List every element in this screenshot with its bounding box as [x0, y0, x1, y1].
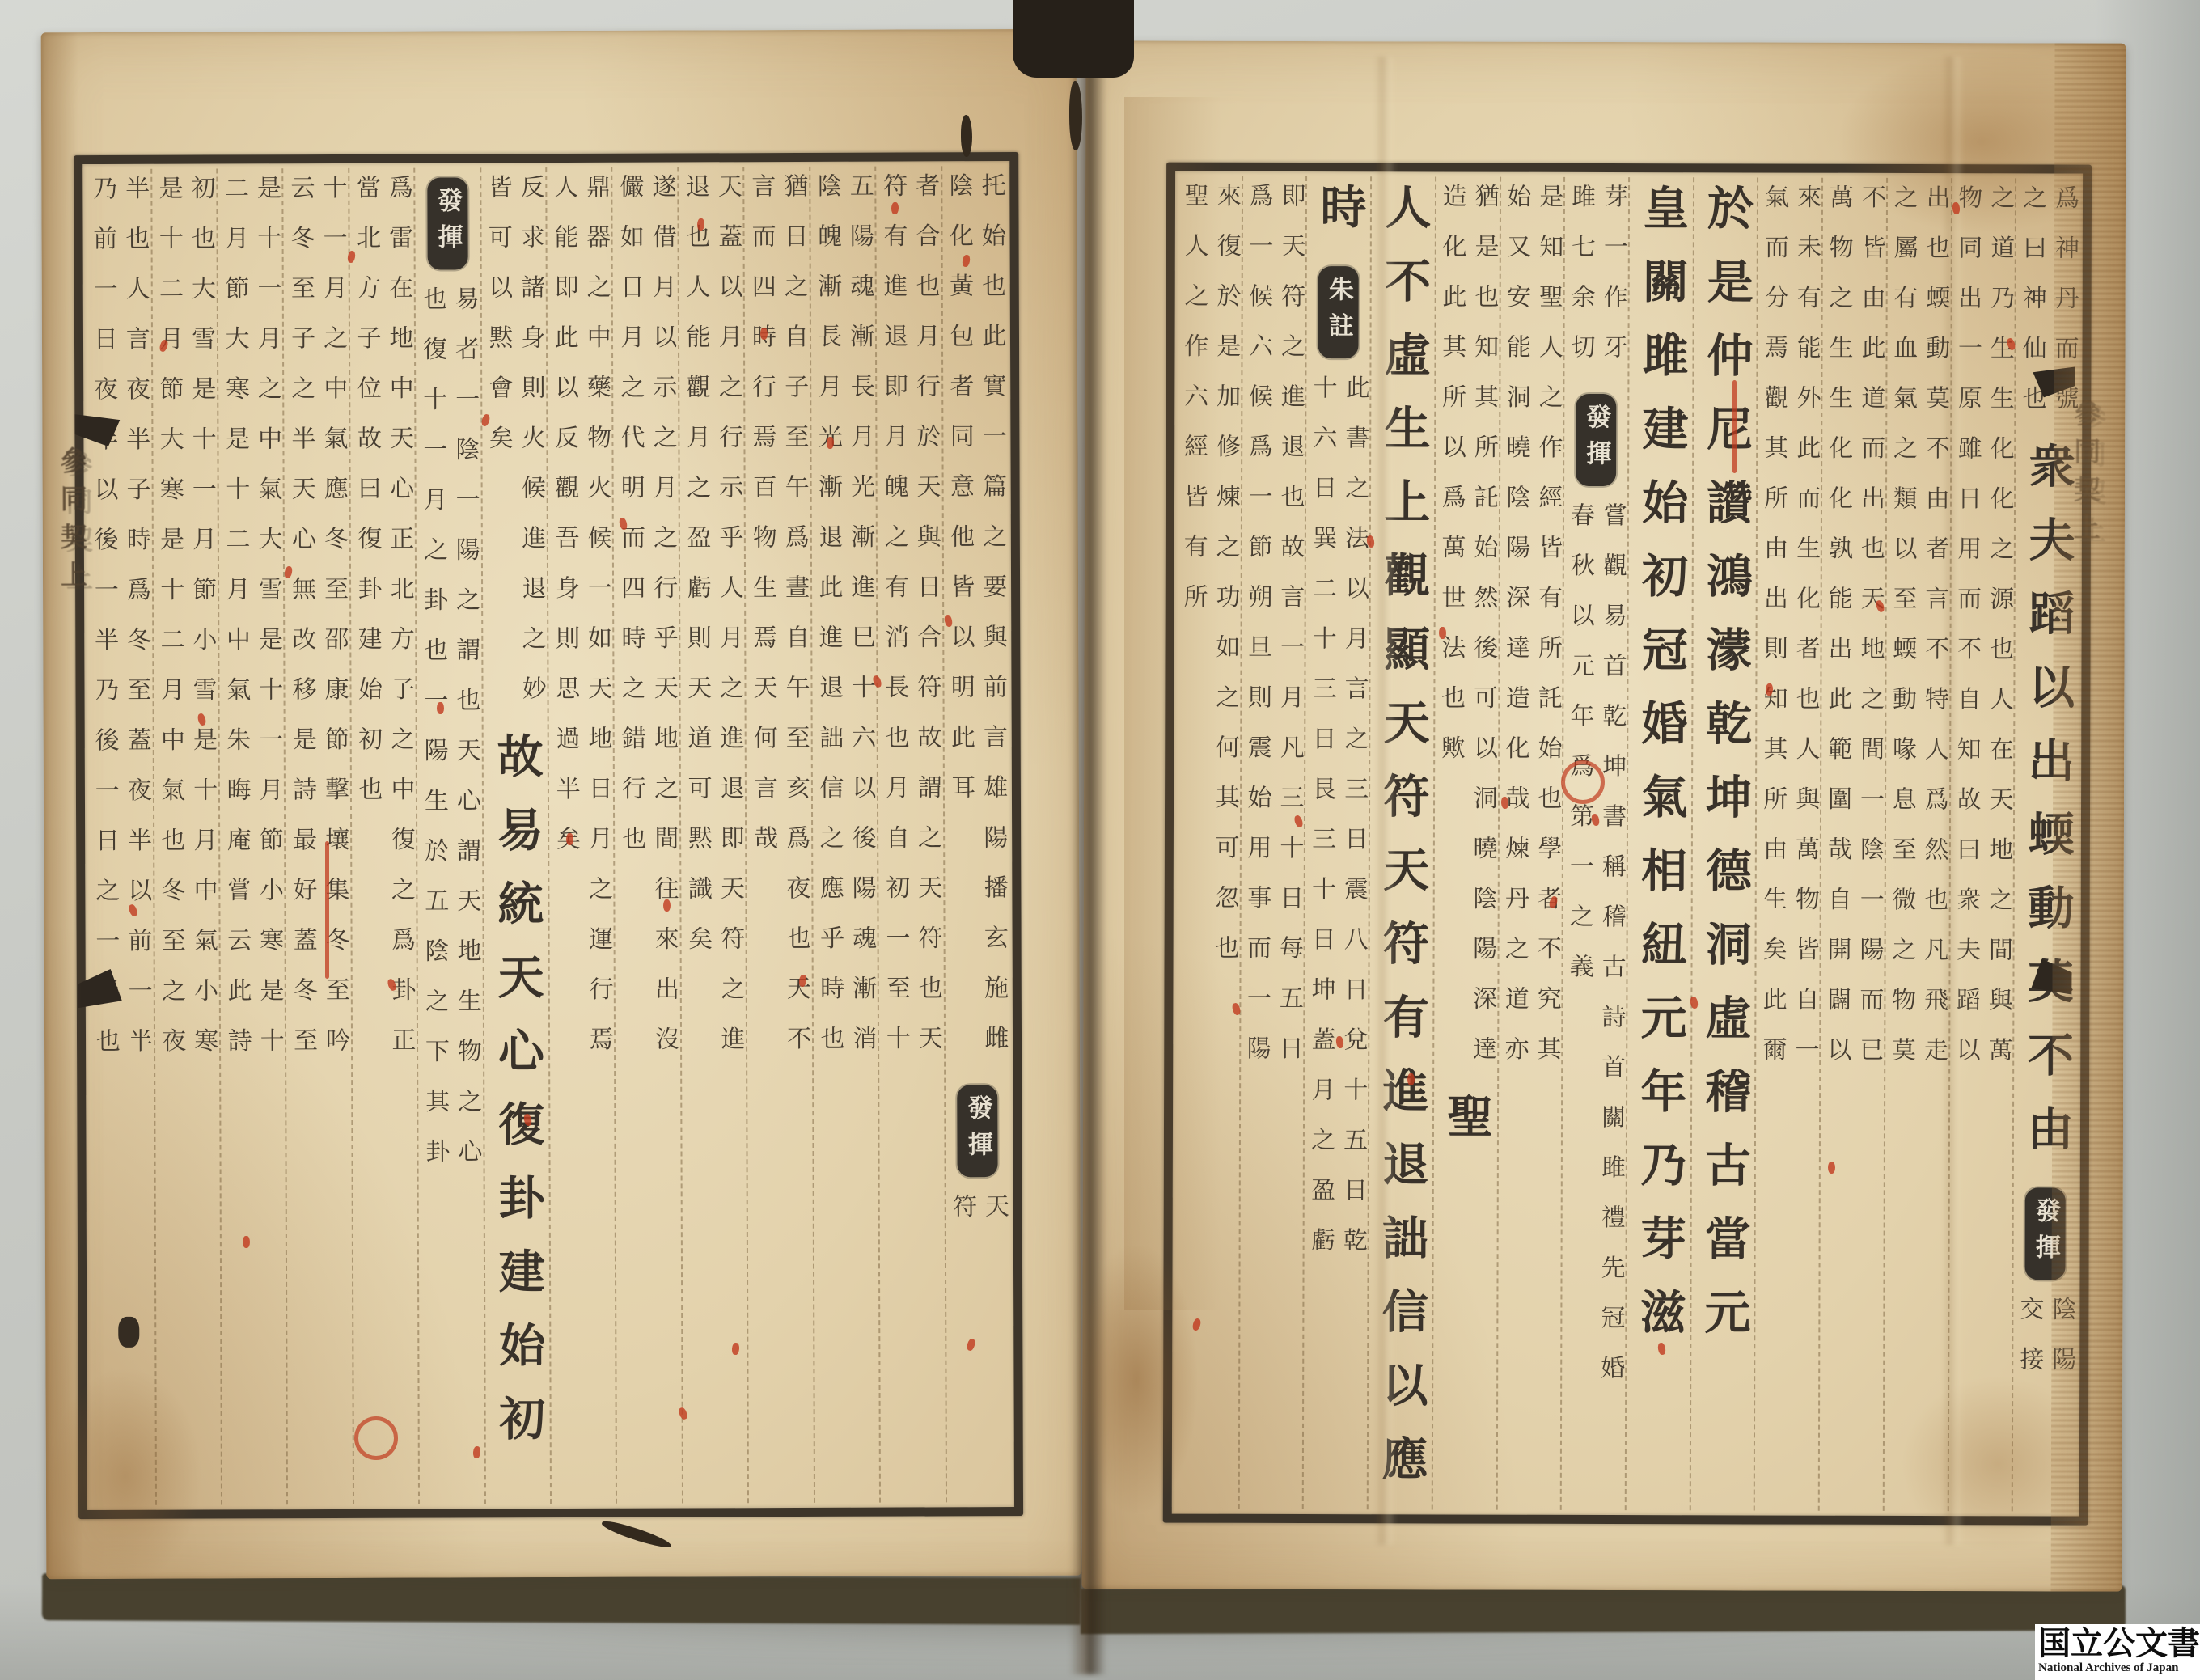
- book-edge-right: [1081, 1585, 2126, 1635]
- commentary-double-column: 來未有能外此而生化者也人與萬物皆自一氣而分焉觀其所由出則知其所由生矣此爾: [1757, 184, 1822, 1086]
- text-column: 者合也月行於天與日合符故謂之天符也天符有進退即月魄之有消長也月自初一至十: [874, 166, 945, 1502]
- commentary-double-column: 猶日之自子至午爲晝自午至亥爲夜也天不言而四時行焉百物生焉天何言哉: [745, 173, 812, 1076]
- commentary-text: 氣而分焉觀其所由出則知其所由生矣此爾: [1756, 184, 1789, 1086]
- commentary-text: 易者一陰一陽之謂也天心謂天地生物之心: [449, 286, 483, 1188]
- commentary-text: 者合也月行於天與日合符故謂之天符也天: [909, 172, 943, 1075]
- commentary-text: 交接: [2013, 1296, 2044, 1396]
- text-column: 五陽魂漸長月光漸進巳十六以後陽魂漸消陰魄漸長月光漸退此進退詘信之應乎時也: [809, 167, 879, 1503]
- red-emphasis-ring: [354, 1416, 398, 1460]
- commentary-text: 十一月之中氣應冬至邵康節擊壤集冬至吟: [316, 175, 350, 1077]
- text-column: 初也大雪是十一月節小雪是十月中氣小寒是十二月節大寒是十二月中氣也冬至之夜: [150, 168, 221, 1504]
- commentary-double-column: 爲神丹而號之曰神仙也: [2016, 184, 2080, 435]
- commentary-text: 爲一候六候爲一節朔旦則震始用事而一陽: [1241, 183, 1274, 1085]
- red-punctuation-dot: [243, 1236, 250, 1248]
- commentary-text: 天蓋以月之行示乎人月之進退即天符之進: [712, 173, 746, 1076]
- book-edge-left: [42, 1573, 1081, 1625]
- left-page-columns: 托始也此實一篇之要與前言雄陽播玄施雌陰化黃包者同意他皆以明此耳發揮天符者合也月行…: [86, 166, 1011, 1505]
- commentary-double-column: 是知聖人之作經皆有所託始也學者不究其始又安能洞曉陰陽深達造化哉煉丹之道亦: [1499, 184, 1564, 1086]
- paper-wrinkle: [1943, 57, 1964, 1545]
- archives-watermark-en: National Archives of Japan: [2038, 1661, 2179, 1674]
- section-label-text: 發揮: [431, 187, 463, 260]
- commentary-double-column: 即天符之進退也故言一月凡三十日每五日爲一候六候爲一節朔旦則震始用事而一陽: [1241, 183, 1306, 1085]
- commentary-double-column: 天符: [946, 1193, 1010, 1243]
- text-column: 發揮易者一陰一陽之謂也天心謂天地生物之心也復十一月之卦也一陽生於五陰之下其卦: [413, 167, 484, 1504]
- text-column: 芽一作牙雎七余切發揮嘗觀易首乾坤書稱稽古詩首關雎禮先冠婚春秋以元年爲第一之義: [1560, 177, 1628, 1510]
- text-column: 遂借月以示之月之行乎天地之間往來出沒儼如日月之代明而四時之錯行也: [611, 167, 682, 1503]
- text-column: 托始也此實一篇之要與前言雄陽播玄施雌陰化黃包者同意他皆以明此耳發揮天符: [941, 166, 1011, 1502]
- text-column: 鼎器之中藥物火候一如天地日月之運行焉人能即此以反觀吾身則思過半矣: [545, 167, 616, 1504]
- commentary-double-column: 易者一陰一陽之謂也天心謂天地生物之心也復十一月之卦也一陽生於五陰之下其卦: [416, 286, 483, 1188]
- red-punctuation-dot: [1500, 797, 1508, 810]
- main-text: 衆夫蹈以出蝡動莫不由: [2014, 442, 2079, 1178]
- commentary-text: 云冬至子之半天心無改移是詩最好蓋冬至: [284, 175, 318, 1077]
- main-text: 聖: [1434, 1092, 1497, 1166]
- commentary-text: 符有進退即月魄之有消長也月自初一至十: [877, 173, 911, 1076]
- main-text: 故易統天心復卦建始初: [484, 732, 549, 1468]
- text-column: 是知聖人之作經皆有所託始也學者不究其始又安能洞曉陰陽深達造化哉煉丹之道亦: [1496, 177, 1563, 1510]
- commentary-double-column: 爲雷在地中天心正北方子之中復之爲卦正當北方子位故曰復卦建始初也: [349, 175, 417, 1077]
- text-column: 爲雷在地中天心正北方子之中復之爲卦正當北方子位故曰復卦建始初也: [348, 168, 418, 1504]
- commentary-text: 五陽魂漸長月光漸進巳十六以後陽魂漸消: [844, 173, 878, 1076]
- text-column: 不皆由此道而出也天地之間一陰一陽而已萬物之生生化化孰能出此範圍哉自開闢以: [1818, 178, 1886, 1511]
- commentary-text: 當北方子位故曰復卦建始初也: [350, 175, 384, 1077]
- page-gutter: [1069, 49, 1106, 1674]
- commentary-text: 即天符之進退也故言一月凡三十日每五日: [1273, 183, 1306, 1085]
- section-label-text: 發揮: [1580, 404, 1612, 476]
- section-label-text: 發揮: [962, 1094, 994, 1167]
- commentary-text: 托始也此實一篇之要與前言雄陽播玄施雌: [975, 172, 1009, 1075]
- commentary-text: 之曰神仙也: [2016, 184, 2047, 435]
- archives-watermark: 国立公文書館 National Archives of Japan: [2035, 1624, 2200, 1680]
- commentary-double-column: 托始也此實一篇之要與前言雄陽播玄施雌陰化黃包者同意他皆以明此耳: [942, 172, 1009, 1075]
- commentary-text: 來復於是加修煉之功如之何其可忽也: [1208, 183, 1241, 985]
- main-text: 時: [1307, 183, 1370, 256]
- commentary-text: 之道乃生生化化之源也人在天地之間與萬: [1982, 184, 2016, 1087]
- commentary-text: 皆可以黙會矣: [482, 174, 514, 726]
- red-punctuation-dot: [566, 833, 573, 845]
- red-punctuation-dot: [437, 702, 444, 714]
- commentary-text: 猶日之自子至午爲晝自午至亥爲夜也天不: [777, 173, 811, 1076]
- worm-hole: [961, 115, 972, 157]
- commentary-double-column: 芽一作牙雎七余切: [1565, 184, 1628, 384]
- commentary-text: 半也人言夜半子時爲冬至蓋夜半以前一半: [119, 176, 153, 1078]
- section-label-text: 發揮: [2029, 1197, 2062, 1270]
- commentary-text: 嘗觀易首乾坤書稱稽古詩首關雎禮先冠婚: [1594, 502, 1627, 1405]
- red-emphasis-line: [1732, 380, 1737, 473]
- commentary-double-column: 半也人言夜半子時爲冬至蓋夜半以前一半乃前一日夜半以後一半乃後一日之一半也: [86, 176, 153, 1078]
- text-column: 出也蝡動莫不由者言不特人爲然也凡飛走之屬有血氣之類以至蝡動喙息至微之物莫: [1883, 178, 1951, 1511]
- red-punctuation-dot: [663, 899, 671, 912]
- book-photo-stage: 托始也此實一篇之要與前言雄陽播玄施雌陰化黃包者同意他皆以明此耳發揮天符者合也月行…: [0, 0, 2200, 1680]
- red-punctuation-dot: [760, 328, 768, 340]
- commentary-double-column: 鼎器之中藥物火候一如天地日月之運行焉人能即此以反觀吾身則思過半矣: [547, 174, 614, 1077]
- red-punctuation-dot: [1439, 627, 1446, 639]
- left-page-text-frame: 托始也此實一篇之要與前言雄陽播玄施雌陰化黃包者同意他皆以明此耳發揮天符者合也月行…: [74, 152, 1023, 1519]
- left-page: 托始也此實一篇之要與前言雄陽播玄施雌陰化黃包者同意他皆以明此耳發揮天符者合也月行…: [41, 29, 1082, 1579]
- spine-title: 參同契上: [52, 446, 91, 599]
- archives-watermark-jp: 国立公文書館: [2038, 1626, 2200, 1661]
- commentary-text: 反求諸身則火候進退之妙: [514, 174, 547, 726]
- commentary-text: 爲雷在地中天心正北方子之中復之爲卦正: [383, 175, 417, 1077]
- commentary-text: 陰陽: [2046, 1296, 2076, 1396]
- commentary-text: 芽一作牙: [1597, 184, 1629, 384]
- text-column: 天蓋以月之行示乎人月之進退即天符之進退也人能觀月之盈虧則天道可黙識矣: [677, 167, 747, 1503]
- commentary-text: 是知聖人之作經皆有所託始也學者不究其: [1531, 184, 1564, 1086]
- text-column: 即天符之進退也故言一月凡三十日每五日爲一候六候爲一節朔旦則震始用事而一陽: [1237, 176, 1305, 1509]
- text-column: 反求諸身則火候進退之妙皆可以黙會矣故易統天心復卦建始初: [480, 167, 550, 1504]
- text-column: 來復於是加修煉之功如之何其可忽也聖人之作六經皆有所: [1175, 176, 1242, 1509]
- commentary-double-column: 五陽魂漸長月光漸進巳十六以後陽魂漸消陰魄漸長月光漸退此進退詘信之應乎時也: [810, 173, 878, 1076]
- text-column: 猶是也知其所託始然後可以洞曉陰陽深達造化此其所以爲萬世法也歟聖: [1432, 176, 1500, 1509]
- red-punctuation-dot: [1828, 1162, 1835, 1174]
- red-emphasis-ring: [1561, 760, 1605, 804]
- commentary-text: 天: [979, 1193, 1009, 1243]
- commentary-text: 春秋以元年爲第一之義: [1562, 502, 1595, 1405]
- commentary-double-column: 反求諸身則火候進退之妙皆可以黙會矣: [481, 174, 548, 726]
- text-column: 十一月之中氣應冬至邵康節擊壤集冬至吟云冬至子之半天心無改移是詩最好蓋冬至: [282, 168, 353, 1504]
- commentary-text: 也復十一月之卦也一陽生於五陰之下其卦: [417, 286, 451, 1188]
- section-label-cartouche: 發揮: [427, 177, 467, 269]
- text-column: 來未有能外此而生化者也人與萬物皆自一氣而分焉觀其所由出則知其所由生矣此爾: [1754, 177, 1821, 1510]
- right-page: 爲神丹而號之曰神仙也衆夫蹈以出蝡動莫不由發揮陰陽交接之道乃生生化化之源也人在天地…: [1081, 40, 2126, 1591]
- commentary-text: 言而四時行焉百物生焉天何言哉: [745, 173, 779, 1076]
- commentary-text: 猶是也知其所託始然後可以洞曉陰陽深達: [1466, 184, 1500, 1086]
- section-label-text: 朱註: [1322, 276, 1355, 349]
- commentary-text: 是十二月節大寒是十二月中氣也冬至之夜: [153, 176, 187, 1078]
- commentary-text: 二月節大寒是十二月中氣朱晦庵嘗云此詩: [218, 175, 252, 1077]
- commentary-text: 之屬有血氣之類以至蝡動喙息至微之物莫: [1885, 184, 1919, 1087]
- commentary-text: 來未有能外此而生化者也人與萬物皆自一: [1788, 184, 1821, 1087]
- commentary-double-column: 十一月之中氣應冬至邵康節擊壤集冬至吟云冬至子之半天心無改移是詩最好蓋冬至: [284, 175, 351, 1077]
- commentary-double-column: 出也蝡動莫不由者言不特人爲然也凡飛走之屬有血氣之類以至蝡動喙息至微之物莫: [1885, 184, 1951, 1087]
- spine-title: 參同契上: [2066, 399, 2104, 551]
- commentary-text: 十六日巽二十三日艮三十日坤蓋月之盈虧: [1305, 375, 1338, 1277]
- commentary-text: 陰魄漸長月光漸退此進退詘信之應乎時也: [811, 173, 845, 1076]
- commentary-text: 儼如日月之代明而四時之錯行也: [613, 174, 647, 1077]
- commentary-text: 萬物之生生化化孰能出此範圍哉自開闢以: [1821, 184, 1854, 1087]
- commentary-text: 不皆由此道而出也天地之間一陰一陽而已: [1853, 184, 1886, 1087]
- red-punctuation-dot: [1407, 1073, 1415, 1085]
- main-text: 於是仲尼讚鴻濛乾坤德洞虛稽古當元: [1691, 184, 1758, 1361]
- commentary-double-column: 是十一月之中氣大雪是十一月節小寒是十二月節大寒是十二月中氣朱晦庵嘗云此詩: [218, 175, 285, 1077]
- commentary-text: 符: [946, 1193, 977, 1243]
- section-label-cartouche: 發揮: [957, 1085, 997, 1177]
- red-emphasis-line: [325, 841, 329, 979]
- commentary-double-column: 來復於是加修煉之功如之何其可忽也聖人之作六經皆有所: [1176, 183, 1241, 985]
- commentary-text: 雎七余切: [1565, 184, 1597, 384]
- commentary-double-column: 此書之法以月言之三日震八日兌十五日乾十六日巽二十三日艮三十日坤蓋月之盈虧: [1305, 375, 1370, 1277]
- commentary-text: 鼎器之中藥物火候一如天地日月之運行焉: [580, 174, 614, 1077]
- commentary-text: 聖人之作六經皆有所: [1176, 183, 1209, 985]
- commentary-text: 乃前一日夜半以後一半乃後一日之一半也: [87, 176, 121, 1078]
- text-column: 於是仲尼讚鴻濛乾坤德洞虛稽古當元: [1689, 177, 1757, 1510]
- main-text: 皇關雎建始初冠婚氣相紐元年乃芽滋: [1627, 184, 1693, 1361]
- commentary-double-column: 嘗觀易首乾坤書稱稽古詩首關雎禮先冠婚春秋以元年爲第一之義: [1562, 502, 1627, 1405]
- worm-hole: [1069, 81, 1082, 150]
- commentary-text: 是十一月之中氣大雪是十一月節小寒是十: [251, 175, 285, 1077]
- text-column: 皇關雎建始初冠婚氣相紐元年乃芽滋: [1625, 177, 1693, 1510]
- commentary-text: 此書之法以月言之三日震八日兌十五日乾: [1337, 375, 1370, 1277]
- commentary-text: 爲神丹而號: [2048, 184, 2079, 435]
- paper-wrinkle: [1375, 57, 1396, 1545]
- commentary-text: 退也人能觀月之盈虧則天道可黙識矣: [679, 173, 713, 1076]
- commentary-double-column: 陰陽交接: [2013, 1296, 2076, 1396]
- ink-blot: [118, 1317, 139, 1348]
- commentary-double-column: 不皆由此道而出也天地之間一陰一陽而已萬物之生生化化孰能出此範圍哉自開闢以: [1821, 184, 1886, 1087]
- commentary-text: 初也大雪是十一月節小雪是十月中氣小寒: [185, 175, 219, 1077]
- section-label-cartouche: 朱註: [1318, 266, 1359, 358]
- text-column: 半也人言夜半子時爲冬至蓋夜半以前一半乃前一日夜半以後一半乃後一日之一半也: [86, 169, 154, 1505]
- commentary-text: 遂借月以示之月之行乎天地之間往來出沒: [645, 173, 679, 1076]
- cover-notch: [1013, 0, 1134, 78]
- commentary-double-column: 初也大雪是十一月節小雪是十月中氣小寒是十二月節大寒是十二月中氣也冬至之夜: [152, 175, 219, 1077]
- commentary-double-column: 天蓋以月之行示乎人月之進退即天符之進退也人能觀月之盈虧則天道可黙識矣: [679, 173, 746, 1076]
- commentary-text: 人能即此以反觀吾身則思過半矣: [548, 174, 582, 1077]
- commentary-double-column: 者合也月行於天與日合符故謂之天符也天符有進退即月魄之有消長也月自初一至十: [876, 172, 943, 1075]
- commentary-double-column: 遂借月以示之月之行乎天地之間往來出沒儼如日月之代明而四時之錯行也: [613, 173, 680, 1076]
- section-label-cartouche: 發揮: [2025, 1187, 2066, 1280]
- text-column: 猶日之自子至午爲晝自午至亥爲夜也天不言而四時行焉百物生焉天何言哉: [743, 167, 814, 1503]
- section-label-cartouche: 發揮: [1576, 394, 1616, 486]
- commentary-text: 始又安能洞曉陰陽深達造化哉煉丹之道亦: [1499, 184, 1532, 1086]
- text-column: 是十一月之中氣大雪是十一月節小寒是十二月節大寒是十二月中氣朱晦庵嘗云此詩: [216, 168, 286, 1504]
- text-column: 時朱註此書之法以月言之三日震八日兌十五日乾十六日巽二十三日艮三十日坤蓋月之盈虧: [1302, 176, 1370, 1509]
